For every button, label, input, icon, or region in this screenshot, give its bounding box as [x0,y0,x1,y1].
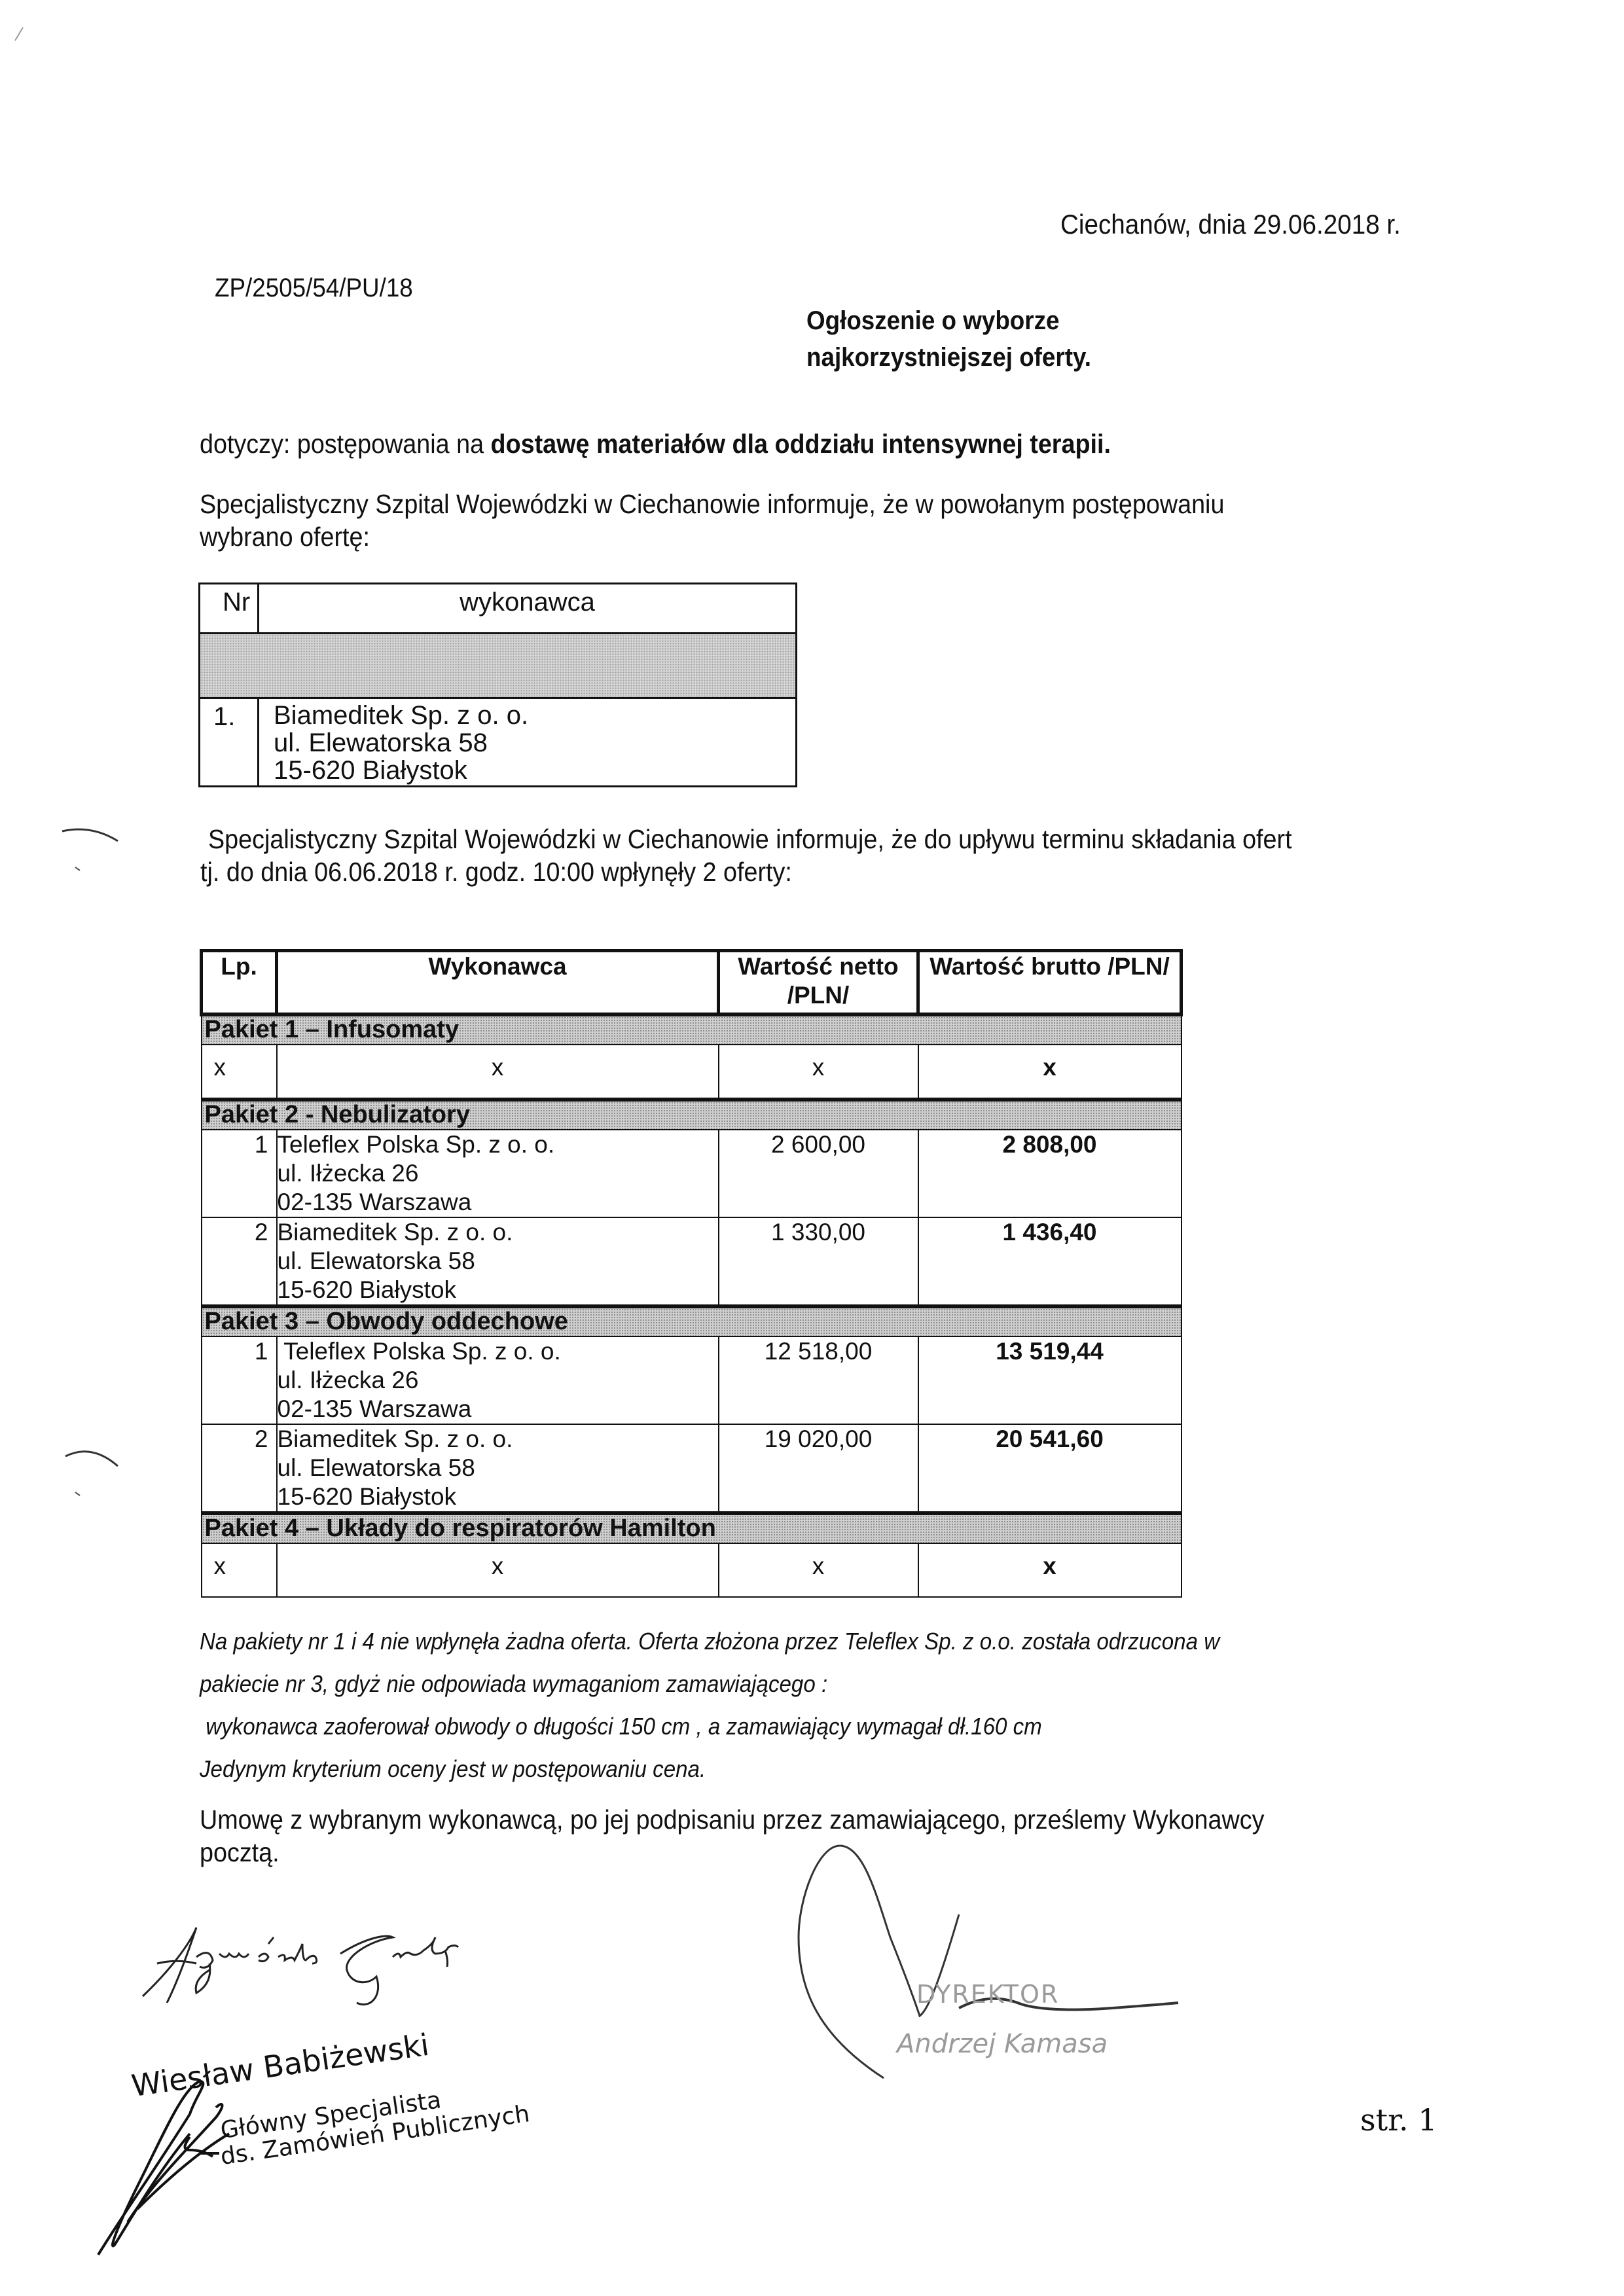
notice-title-line1: Ogłoszenie o wyborze [806,302,1091,339]
stamp-right-name: Andrzej Kamasa [897,2029,1108,2059]
handwritten-signature-left [143,1928,458,2005]
table-row: x x x x [202,1045,1182,1100]
package-header: Pakiet 2 - Nebulizatory [202,1100,1182,1130]
table-row: 2 Biameditek Sp. z o. o. ul. Elewatorska… [202,1424,1182,1513]
intro-paragraph: Specjalistyczny Szpital Wojewódzki w Cie… [200,488,1224,553]
table-row: 1 Teleflex Polska Sp. z o. o. ul. Iłżeck… [202,1130,1182,1217]
header-wykonawca: wykonawca [259,584,797,634]
offers-intro-line2: tj. do dnia 06.06.2018 r. godz. 10:00 wp… [200,855,1292,888]
subject-prefix: dotyczy: postępowania na [200,429,491,459]
selected-nr: 1. [200,698,259,787]
package-header: Pakiet 3 – Obwody oddechowe [202,1306,1182,1336]
contract-note: Umowę z wybranym wykonawcą, po jej podpi… [200,1803,1264,1869]
note-line1: Na pakiety nr 1 i 4 nie wpłynęła żadna o… [200,1620,1219,1662]
table-row: x x x x [202,1543,1182,1597]
intro-line1: Specjalistyczny Szpital Wojewódzki w Cie… [200,488,1224,520]
selected-offer-table: Nr wykonawca 1. Biameditek Sp. z o. o. u… [198,583,797,787]
header-nr: Nr [200,584,259,634]
selected-table-shaded-row [200,634,797,698]
header-gross: Wartość brutto /PLN/ [918,951,1182,1015]
gross-value: 13 519,44 [918,1336,1182,1424]
subject-line: dotyczy: postępowania na dostawę materia… [200,427,1111,460]
contract-note-line2: pocztą. [200,1836,1264,1869]
table-row: 1. Biameditek Sp. z o. o. ul. Elewatorsk… [200,698,797,787]
subject-bold: dostawę materiałów dla oddziału intensyw… [491,429,1111,459]
offers-intro: Specjalistyczny Szpital Wojewódzki w Cie… [208,823,1292,888]
gross-value: 2 808,00 [918,1130,1182,1217]
table-row: 2 Biameditek Sp. z o. o. ul. Elewatorska… [202,1217,1182,1306]
contractor-cell: Biameditek Sp. z o. o. ul. Elewatorska 5… [277,1217,719,1306]
header-contractor: Wykonawca [277,951,719,1015]
note-line2: pakiecie nr 3, gdyż nie odpowiada wymaga… [200,1662,1219,1705]
package-header: Pakiet 4 – Układy do respiratorów Hamilt… [202,1513,1182,1543]
header-lp: Lp. [202,951,277,1015]
header-net: Wartość netto /PLN/ [719,951,918,1015]
intro-line2: wybrano ofertę: [200,520,1224,553]
handwritten-signature-stamp-left [98,2081,229,2255]
table-row: 1 Teleflex Polska Sp. z o. o. ul. Iłżeck… [202,1336,1182,1424]
punch-hole-mark [65,1452,118,1466]
offers-intro-line1: Specjalistyczny Szpital Wojewódzki w Cie… [208,823,1292,855]
net-value: 2 600,00 [719,1130,918,1217]
stamp-right-title: DYREKTOR [916,1980,1059,2009]
net-value: 1 330,00 [719,1217,918,1306]
notice-title: Ogłoszenie o wyborze najkorzystniejszej … [806,302,1091,376]
net-value: 12 518,00 [719,1336,918,1424]
offers-table: Lp. Wykonawca Wartość netto /PLN/ Wartoś… [200,949,1183,1598]
page-number: str. 1 [1360,2102,1437,2138]
note-line3: wykonawca zaoferował obwody o długości 1… [200,1705,1219,1748]
contractor-cell: Biameditek Sp. z o. o. ul. Elewatorska 5… [277,1424,719,1513]
stamp-left-name: Wiesław Babiżewski [129,2027,431,2104]
note-line4: Jedynym kryterium oceny jest w postępowa… [200,1748,1219,1790]
contract-note-line1: Umowę z wybranym wykonawcą, po jej podpi… [200,1803,1264,1836]
stray-mark [15,27,23,41]
notice-title-line2: najkorzystniejszej oferty. [806,339,1091,376]
contractor-cell: Teleflex Polska Sp. z o. o. ul. Iłżecka … [277,1336,719,1424]
package-header: Pakiet 1 – Infusomaty [202,1014,1182,1045]
place-date: Ciechanów, dnia 29.06.2018 r. [1060,208,1401,241]
reference-number: ZP/2505/54/PU/18 [215,272,413,304]
contractor-cell: Teleflex Polska Sp. z o. o. ul. Iłżecka … [277,1130,719,1217]
punch-hole-mark [62,829,118,841]
selected-contractor: Biameditek Sp. z o. o. ul. Elewatorska 5… [259,698,797,787]
notes-paragraph: Na pakiety nr 1 i 4 nie wpłynęła żadna o… [200,1620,1219,1790]
gross-value: 1 436,40 [918,1217,1182,1306]
net-value: 19 020,00 [719,1424,918,1513]
gross-value: 20 541,60 [918,1424,1182,1513]
offers-table-header: Lp. Wykonawca Wartość netto /PLN/ Wartoś… [202,951,1182,1015]
selected-table-header: Nr wykonawca [200,584,797,634]
